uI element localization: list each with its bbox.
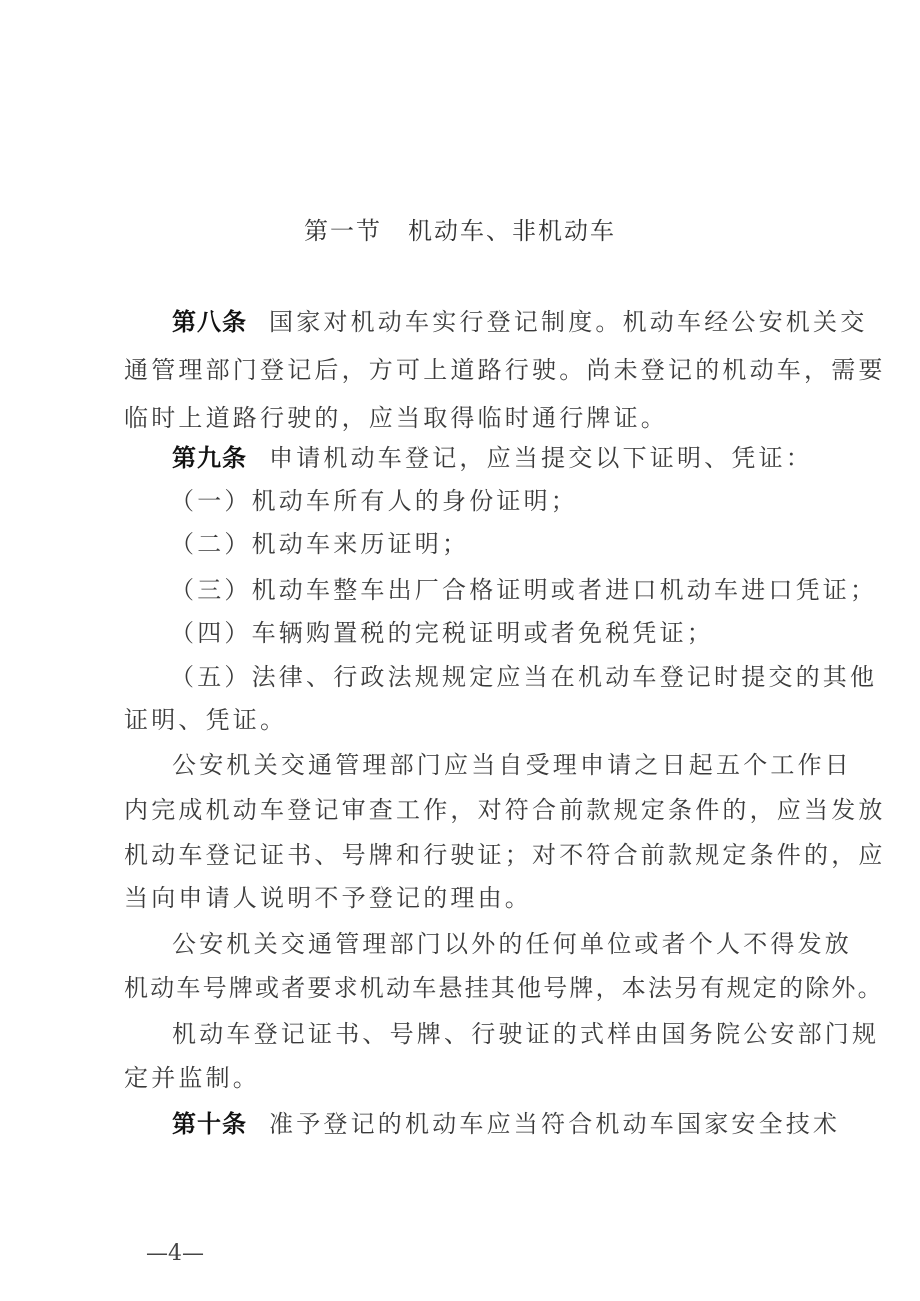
article-9-para2-line-3: 机动车登记证书、号牌和行驶证；对不符合前款规定条件的，应 <box>124 838 806 872</box>
article-9-item-2: （二）机动车来历证明； <box>170 527 852 561</box>
article-9-para4-line-1: 机动车登记证书、号牌、行驶证的式样由国务院公安部门规 <box>172 1017 806 1051</box>
article-9-para4-line-2: 定并监制。 <box>124 1061 806 1095</box>
article-10-line-1: 第十条准予登记的机动车应当符合机动车国家安全技术 <box>172 1107 806 1141</box>
article-8-label: 第八条 <box>172 308 247 336</box>
article-9-item-1: （一）机动车所有人的身份证明； <box>170 484 852 518</box>
article-8-line-1: 第八条国家对机动车实行登记制度。机动车经公安机关交 <box>172 305 806 339</box>
article-8-text-1: 国家对机动车实行登记制度。机动车经公安机关交 <box>269 308 867 336</box>
article-9-item-4: （四）车辆购置税的完税证明或者免税凭证； <box>170 616 852 650</box>
page-number: —4— <box>146 1240 204 1268</box>
article-10-label: 第十条 <box>172 1110 247 1138</box>
article-9-item-5: （五）法律、行政法规规定应当在机动车登记时提交的其他 <box>170 660 852 694</box>
article-9-para3-line-1: 公安机关交通管理部门以外的任何单位或者个人不得发放 <box>172 927 806 961</box>
article-9-intro: 申请机动车登记，应当提交以下证明、凭证： <box>269 444 813 472</box>
article-10-text-1: 准予登记的机动车应当符合机动车国家安全技术 <box>269 1110 840 1138</box>
article-9-para3-line-2: 机动车号牌或者要求机动车悬挂其他号牌，本法另有规定的除外。 <box>124 971 806 1005</box>
article-9-para2-line-2: 内完成机动车登记审查工作，对符合前款规定条件的，应当发放 <box>124 793 806 827</box>
section-heading: 第一节 机动车、非机动车 <box>0 214 920 248</box>
article-8-line-3: 临时上道路行驶的，应当取得临时通行牌证。 <box>124 401 806 435</box>
article-9-line-1: 第九条申请机动车登记，应当提交以下证明、凭证： <box>172 441 806 475</box>
article-9-item-3: （三）机动车整车出厂合格证明或者进口机动车进口凭证； <box>170 573 852 607</box>
article-9-item-5-cont: 证明、凭证。 <box>124 703 806 737</box>
article-8-line-2: 通管理部门登记后，方可上道路行驶。尚未登记的机动车，需要 <box>124 353 806 387</box>
article-9-para2-line-1: 公安机关交通管理部门应当自受理申请之日起五个工作日 <box>172 748 806 782</box>
article-9-para2-line-4: 当向申请人说明不予登记的理由。 <box>124 881 806 915</box>
article-9-label: 第九条 <box>172 444 247 472</box>
